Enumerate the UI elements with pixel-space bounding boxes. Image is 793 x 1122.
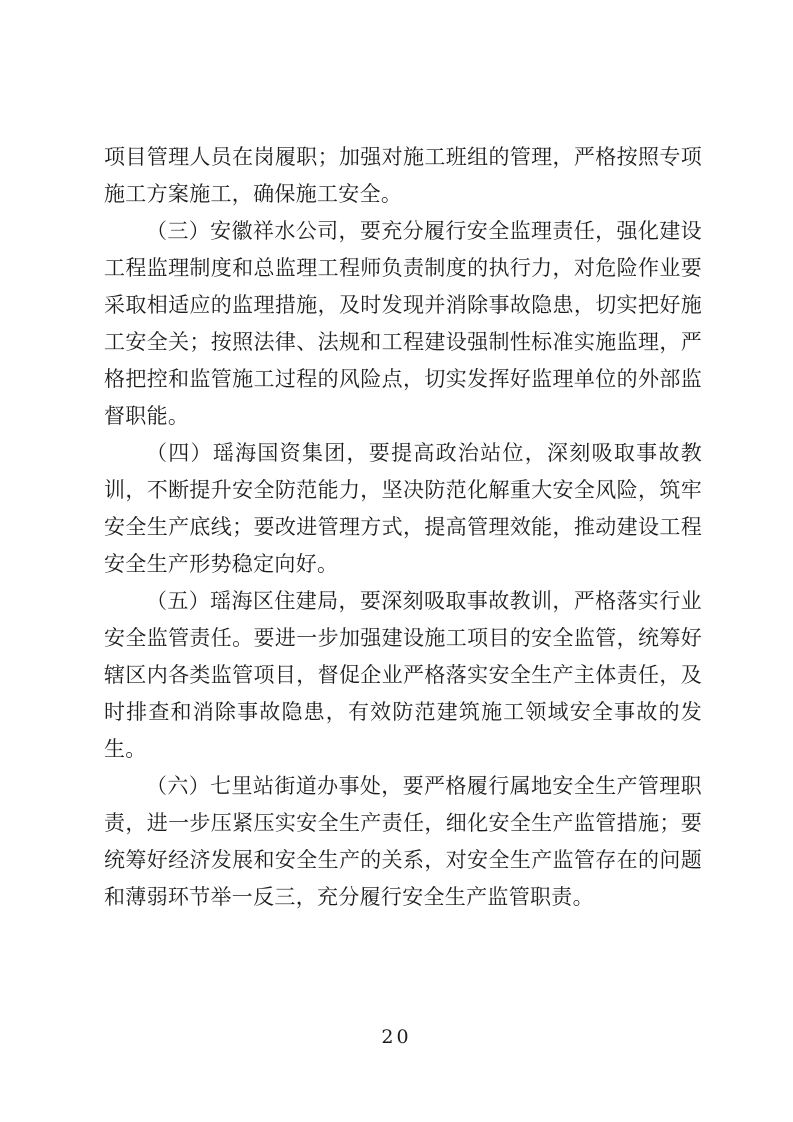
paragraph-continuation: 项目管理人员在岗履职；加强对施工班组的管理，严格按照专项施工方案施工，确保施工安… <box>104 139 702 213</box>
paragraph-item-5: （五）瑶海区住建局，要深刻吸取事故教训，严格落实行业安全监管责任。要进一步加强建… <box>104 583 702 768</box>
document-page: 项目管理人员在岗履职；加强对施工班组的管理，严格按照专项施工方案施工，确保施工安… <box>0 0 793 1122</box>
paragraph-item-6: （六）七里站街道办事处，要严格履行属地安全生产管理职责，进一步压紧压实安全生产责… <box>104 768 702 916</box>
paragraph-item-3: （三）安徽祥水公司，要充分履行安全监理责任，强化建设工程监理制度和总监理工程师负… <box>104 213 702 435</box>
document-body: 项目管理人员在岗履职；加强对施工班组的管理，严格按照专项施工方案施工，确保施工安… <box>104 139 702 916</box>
page-footer: 20 <box>0 1026 793 1048</box>
paragraph-item-4: （四）瑶海国资集团，要提高政治站位，深刻吸取事故教训，不断提升安全防范能力，坚决… <box>104 435 702 583</box>
page-number: 20 <box>381 1026 411 1048</box>
